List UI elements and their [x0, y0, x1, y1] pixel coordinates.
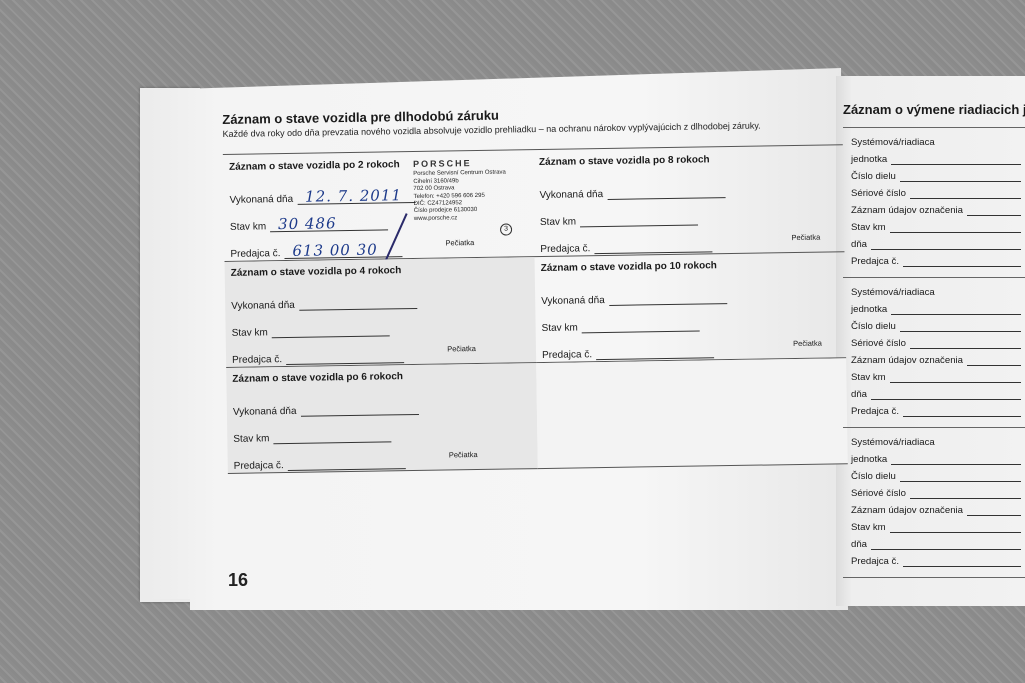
empty-cell	[536, 358, 848, 469]
field-label: Záznam údajov označenia	[851, 205, 963, 216]
dealer-field[interactable]	[596, 343, 714, 360]
field-label: Stav km	[851, 222, 886, 233]
field-label: Záznam údajov označenia	[851, 355, 963, 366]
field-label: Stav km	[233, 433, 269, 445]
field-label: Vykonaná dňa	[229, 194, 293, 206]
input-line[interactable]	[903, 556, 1021, 567]
record-6-years: Záznam o stave vozidla po 6 rokoch Vykon…	[226, 363, 538, 474]
date-field[interactable]	[609, 289, 727, 306]
records-grid: Záznam o stave vozidla po 2 rokoch Vykon…	[223, 146, 848, 474]
input-line[interactable]	[903, 256, 1021, 267]
stamp-label: Pečiatka	[791, 233, 820, 242]
input-line[interactable]	[910, 188, 1021, 199]
field-label: Vykonaná dňa	[231, 300, 295, 312]
control-unit-block-3: Systémová/riadiaca jednotka Číslo dielu …	[843, 434, 1025, 567]
km-field[interactable]	[273, 427, 391, 444]
stamp-label: Pečiatka	[449, 450, 478, 459]
field-label: Záznam údajov označenia	[851, 505, 963, 516]
warranty-record-section: Záznam o stave vozidla pre dlhodobú záru…	[222, 90, 848, 500]
dealer-stamp: PORSCHE Porsche Servisní Centrum Ostrava…	[413, 159, 514, 223]
control-unit-block-1: Systémová/riadiaca jednotka Číslo dielu …	[843, 134, 1025, 267]
input-line[interactable]	[900, 171, 1021, 182]
km-field[interactable]	[582, 317, 700, 334]
dealer-field[interactable]	[288, 454, 406, 471]
input-line[interactable]	[900, 321, 1021, 332]
field-label: Sériové číslo	[851, 338, 906, 349]
field-label: jednotka	[851, 154, 887, 165]
field-label: Vykonaná dňa	[539, 189, 603, 201]
field-label: Predajca č.	[540, 243, 590, 255]
input-line[interactable]	[890, 222, 1021, 233]
stamp-label: Pečiatka	[447, 344, 476, 353]
field-label: Stav km	[230, 221, 266, 233]
field-label: Predajca č.	[851, 256, 899, 267]
field-label: Číslo dielu	[851, 171, 896, 182]
field-label: Stav km	[540, 216, 576, 228]
input-line[interactable]	[910, 338, 1021, 349]
divider	[843, 127, 1025, 128]
porsche-logo: PORSCHE	[413, 159, 513, 168]
field-label: Predajca č.	[230, 248, 280, 260]
input-line[interactable]	[967, 505, 1021, 516]
field-label: Stav km	[851, 522, 886, 533]
record-heading: Záznam o stave vozidla po 8 rokoch	[539, 152, 837, 168]
dealer-field[interactable]: 613 00 30	[284, 242, 402, 259]
right-page-title: Záznam o výmene riadiacich jed	[843, 102, 1025, 117]
date-field[interactable]	[300, 400, 418, 417]
date-field[interactable]	[299, 294, 417, 311]
field-label: Vykonaná dňa	[541, 295, 605, 307]
field-label: Vykonaná dňa	[233, 406, 297, 418]
field-label: Stav km	[851, 372, 886, 383]
control-unit-replacement-section: Záznam o výmene riadiacich jed Systémová…	[843, 102, 1025, 584]
record-8-years: Záznam o stave vozidla po 8 rokoch Vykon…	[533, 146, 845, 257]
field-label: dňa	[851, 239, 867, 250]
divider	[843, 577, 1025, 578]
record-4-years: Záznam o stave vozidla po 4 rokoch Vykon…	[225, 257, 537, 368]
field-label: jednotka	[851, 304, 887, 315]
field-label: dňa	[851, 389, 867, 400]
dealer-field[interactable]	[594, 237, 712, 254]
input-line[interactable]	[910, 488, 1021, 499]
record-heading: Záznam o stave vozidla po 10 rokoch	[541, 258, 839, 274]
km-field[interactable]	[272, 321, 390, 338]
control-unit-block-2: Systémová/riadiaca jednotka Číslo dielu …	[843, 284, 1025, 417]
input-line[interactable]	[871, 389, 1021, 400]
page-number: 16	[228, 570, 248, 591]
input-line[interactable]	[871, 239, 1021, 250]
record-heading: Záznam o stave vozidla po 4 rokoch	[231, 263, 529, 279]
record-heading: Záznam o stave vozidla po 6 rokoch	[232, 369, 530, 385]
field-label: Predajca č.	[542, 349, 592, 361]
stamp-line: Porsche Servisní Centrum Ostrava	[413, 170, 513, 179]
km-field[interactable]	[580, 211, 698, 228]
field-label: Číslo dielu	[851, 471, 896, 482]
km-field[interactable]: 30 486	[270, 215, 388, 232]
field-label: Sériové číslo	[851, 488, 906, 499]
field-label: Sériové číslo	[851, 188, 906, 199]
field-label: Predajca č.	[851, 556, 899, 567]
input-line[interactable]	[891, 304, 1021, 315]
handwritten-value: 613 00 30	[292, 241, 378, 260]
handwritten-value: 12. 7. 2011	[305, 186, 402, 206]
field-label: dňa	[851, 539, 867, 550]
stamp-label: Pečiatka	[445, 238, 474, 247]
divider	[843, 427, 1025, 428]
field-label: jednotka	[851, 454, 887, 465]
input-line[interactable]	[891, 154, 1021, 165]
date-field[interactable]: 12. 7. 2011	[297, 188, 415, 205]
field-label: Stav km	[232, 327, 268, 339]
record-10-years: Záznam o stave vozidla po 10 rokoch Vyko…	[535, 252, 847, 363]
field-label: Predajca č.	[232, 354, 282, 366]
stamp-label: Pečiatka	[793, 339, 822, 348]
field-label: Predajca č.	[234, 460, 284, 472]
field-label: Stav km	[542, 322, 578, 334]
field-label: Číslo dielu	[851, 321, 896, 332]
stamp-line: www.porsche.cz	[414, 214, 514, 223]
field-label: Systémová/riadiaca	[851, 287, 935, 298]
input-line[interactable]	[871, 539, 1021, 550]
record-2-years: Záznam o stave vozidla po 2 rokoch Vykon…	[223, 151, 535, 262]
input-line[interactable]	[967, 355, 1021, 366]
input-line[interactable]	[903, 406, 1021, 417]
handwritten-value: 30 486	[278, 214, 337, 233]
field-label: Systémová/riadiaca	[851, 137, 935, 148]
field-label: Systémová/riadiaca	[851, 437, 935, 448]
field-label: Predajca č.	[851, 406, 899, 417]
date-field[interactable]	[607, 183, 725, 200]
input-line[interactable]	[891, 454, 1021, 465]
dealer-field[interactable]	[286, 348, 404, 365]
input-line[interactable]	[890, 522, 1021, 533]
input-line[interactable]	[900, 471, 1021, 482]
input-line[interactable]	[890, 372, 1021, 383]
divider	[843, 277, 1025, 278]
input-line[interactable]	[967, 205, 1021, 216]
